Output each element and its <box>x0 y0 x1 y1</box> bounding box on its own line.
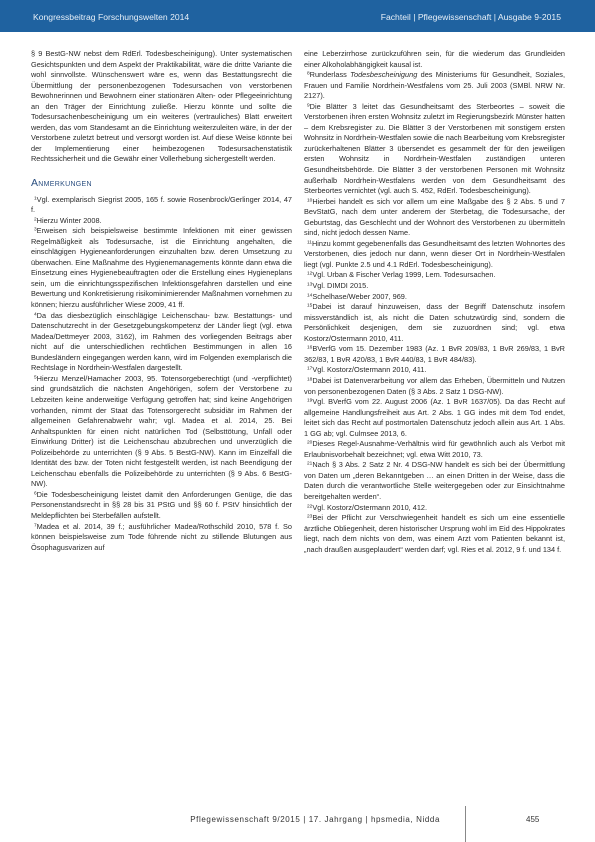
footnote-italic-title: Todesbescheinigung <box>350 70 417 79</box>
left-column: § 9 BestG-NW nebst dem RdErl. Todesbesch… <box>31 49 292 553</box>
footnote-text: Die Blätter 3 leitet das Gesundheitsamt … <box>304 102 565 195</box>
footnote-text: BVerfG vom 15. Dezember 1983 (Az. 1 BvR … <box>304 344 565 364</box>
header-left-title: Kongressbeitrag Forschungswelten 2014 <box>33 12 189 22</box>
footnote-text: Vgl. Urban & Fischer Verlag 1999, Lem. T… <box>312 270 495 279</box>
footnote-7-continuation: eine Leberzirrhose zurückzuführen sein, … <box>304 49 565 70</box>
footnote-text: Dieses Regel-Ausnahme-Verhältnis wird fü… <box>304 439 565 459</box>
footnote-text: Die Todesbescheinigung leistet damit den… <box>31 490 292 520</box>
footnote-19: 19Vgl. BVerfG vom 22. August 2006 (Az. 1… <box>304 397 565 439</box>
right-column: eine Leberzirrhose zurückzuführen sein, … <box>304 49 565 555</box>
footnote-18: 18Dabei ist Datenverarbeitung vor allem … <box>304 376 565 397</box>
footnote-23: 23Bei der Pflicht zur Verschwiegenheit h… <box>304 513 565 555</box>
page-number: 455 <box>526 815 539 824</box>
footnote-5: 5Hierzu Menzel/Hamacher 2003, 95. Totens… <box>31 374 292 490</box>
footnote-13: 13Vgl. DIMDI 2015. <box>304 281 565 292</box>
page-footer: Pflegewissenschaft 9/2015 | 17. Jahrgang… <box>0 815 595 842</box>
page-header: Kongressbeitrag Forschungswelten 2014 Fa… <box>0 0 595 32</box>
footnote-11: 11Hinzu kommt gegebenenfalls das Gesundh… <box>304 239 565 271</box>
footnote-1: 1Vgl. exemplarisch Siegrist 2005, 165 f.… <box>31 195 292 216</box>
footnote-21: 21Nach § 3 Abs. 2 Satz 2 Nr. 4 DSG-NW ha… <box>304 460 565 502</box>
footnote-text: Schelhase/Weber 2007, 969. <box>312 292 407 301</box>
footnote-22: 22Vgl. Kostorz/Ostermann 2010, 412. <box>304 503 565 514</box>
footnote-7: 7Madea et al. 2014, 39 f.; ausführlicher… <box>31 522 292 554</box>
footnote-text: Hierzu Menzel/Hamacher 2003, 95. Totenso… <box>31 374 292 488</box>
notes-heading: Anmerkungen <box>31 178 292 189</box>
footnote-text: Madea et al. 2014, 39 f.; ausführlicher … <box>31 522 292 552</box>
footnote-text: Vgl. Kostorz/Ostermann 2010, 412. <box>312 503 427 512</box>
footnote-20: 20Dieses Regel-Ausnahme-Verhältnis wird … <box>304 439 565 460</box>
footnote-8: 8Runderlass Todesbescheinigung des Minis… <box>304 70 565 102</box>
footnote-text: Hinzu kommt gegebenenfalls das Gesundhei… <box>304 239 565 269</box>
footnote-3: 3Erweisen sich beispielsweise bestimmte … <box>31 226 292 310</box>
footnote-text: Runderlass <box>310 70 351 79</box>
footnote-14: 14Schelhase/Weber 2007, 969. <box>304 292 565 303</box>
footnote-text: Vgl. DIMDI 2015. <box>312 281 368 290</box>
body-paragraph: § 9 BestG-NW nebst dem RdErl. Todesbesch… <box>31 49 292 165</box>
footnote-text: Da das diesbezüglich einschlägige Leiche… <box>31 311 292 373</box>
footnote-text: Vgl. exemplarisch Siegrist 2005, 165 f. … <box>31 195 292 215</box>
footnote-text: Vgl. BVerfG vom 22. August 2006 (Az. 1 B… <box>304 397 565 438</box>
footnote-9: 9Die Blätter 3 leitet das Gesundheitsamt… <box>304 102 565 197</box>
footnote-text: Erweisen sich beispielsweise bestimmte I… <box>31 226 292 309</box>
footnote-text: Nach § 3 Abs. 2 Satz 2 Nr. 4 DSG-NW hand… <box>304 460 565 501</box>
footnote-4: 4Da das diesbezüglich einschlägige Leich… <box>31 311 292 374</box>
footnote-2: 2Hierzu Winter 2008. <box>31 216 292 227</box>
footnote-text: Vgl. Kostorz/Ostermann 2010, 411. <box>312 365 426 374</box>
footnote-16: 16BVerfG vom 15. Dezember 1983 (Az. 1 Bv… <box>304 344 565 365</box>
footnote-text: Dabei ist Datenverarbeitung vor allem da… <box>304 376 565 396</box>
footnote-6: 6Die Todesbescheinigung leistet damit de… <box>31 490 292 522</box>
footnote-15: 15Dabei ist darauf hinzuweisen, dass der… <box>304 302 565 344</box>
footnote-text: Dabei ist darauf hinzuweisen, dass der B… <box>304 302 565 343</box>
footnote-10: 10Hierbei handelt es sich vor allem um e… <box>304 197 565 239</box>
footnote-text: Bei der Pflicht zur Verschwiegenheit han… <box>304 513 565 554</box>
journal-citation: Pflegewissenschaft 9/2015 | 17. Jahrgang… <box>190 815 440 824</box>
footnote-12: 12Vgl. Urban & Fischer Verlag 1999, Lem.… <box>304 270 565 281</box>
header-right-section: Fachteil | Pflegewissenschaft | Ausgabe … <box>381 12 561 22</box>
footnote-17: 17Vgl. Kostorz/Ostermann 2010, 411. <box>304 365 565 376</box>
footnote-text: Hierbei handelt es sich vor allem um ein… <box>304 197 565 238</box>
footnote-text: Hierzu Winter 2008. <box>37 216 102 225</box>
footer-divider <box>465 806 466 842</box>
